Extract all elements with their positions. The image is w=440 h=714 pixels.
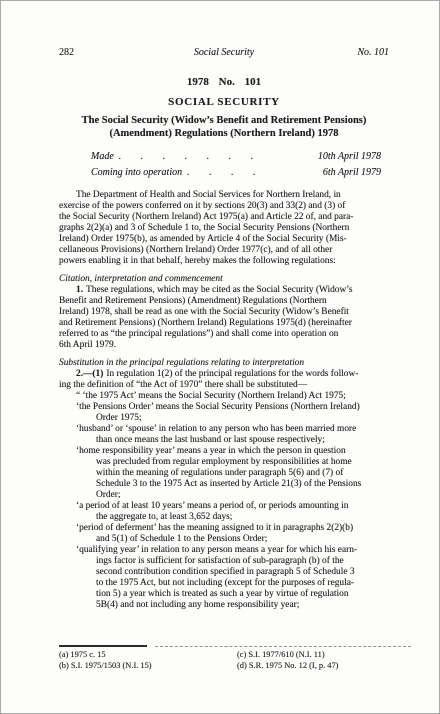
document-page: 282 Social Security No. 101 1978 No. 101…: [0, 0, 440, 714]
section-heading-substitution: Substitution in the principal regulation…: [59, 358, 389, 369]
page-number: 282: [59, 47, 129, 59]
definition-line: ‘a period of at least 10 years’ means a …: [59, 501, 389, 512]
definition-line: ‘home responsibility year’ means a year …: [59, 446, 389, 457]
definition-line: 5B(4) and not including any home respons…: [59, 600, 389, 611]
preamble: The Department of Health and Social Serv…: [59, 190, 389, 267]
definition-line: Order 1975;: [59, 413, 389, 424]
date-value: 10th April 1978: [318, 151, 381, 162]
definition-line: the aggregate to, at least 3,652 days;: [59, 512, 389, 523]
issue-number: No. 101: [319, 47, 389, 59]
definition-line: Order;: [59, 490, 389, 501]
text-line: 6th April 1979.: [59, 340, 389, 351]
definition-line: second contribution condition specified …: [59, 567, 389, 578]
definition-line: “ ‘the 1975 Act’ means the Social Securi…: [59, 391, 389, 402]
footnote-rule-solid: [59, 645, 147, 647]
page-content: 282 Social Security No. 101 1978 No. 101…: [1, 1, 439, 611]
text-line: 2.—(1)In regulation 1(2) of the principa…: [59, 369, 389, 380]
text-line: 1.These regulations, which may be cited …: [59, 285, 389, 296]
section-paragraph-2: 2.—(1)In regulation 1(2) of the principa…: [59, 369, 389, 611]
definition-line: to the 1975 Act, but not including (exce…: [59, 578, 389, 589]
text-line: the Social Security (Northern Ireland) A…: [59, 212, 389, 223]
section-number: 1.: [76, 285, 86, 295]
definitions-list: “ ‘the 1975 Act’ means the Social Securi…: [59, 391, 389, 611]
text-line: Benefit and Retirement Pensions) (Amendm…: [59, 296, 389, 307]
text-line: exercise of the powers conferred on it b…: [59, 201, 389, 212]
document-title-line: The Social Security (Widow’s Benefit and…: [59, 114, 389, 127]
text-line: In regulation 1(2) of the principal regu…: [106, 369, 358, 379]
paragraph-lines: Benefit and Retirement Pensions) (Amendm…: [59, 296, 389, 351]
footnote-columns: (a) 1975 c. 15(b) S.I. 1975/1503 (N.I. 1…: [59, 650, 411, 672]
dates-table: Made . . . . . . . 10th April 1978 Comin…: [91, 151, 381, 183]
text-line: Ireland) Order 1975(b), as amended by Ar…: [59, 234, 389, 245]
section-number: 2.—(1): [76, 369, 106, 379]
paragraph-lines: ing the definition of “the Act of 1970” …: [59, 380, 389, 391]
category-heading: SOCIAL SECURITY: [59, 96, 389, 108]
running-title: Social Security: [129, 47, 319, 59]
dot-leader: . . . .: [182, 167, 323, 178]
date-value: 6th April 1979: [323, 167, 381, 178]
definition-line: Schedule 3 to the 1975 Act as inserted b…: [59, 479, 389, 490]
text-line: and Retirement Pensions) (Northern Irela…: [59, 318, 389, 329]
text-line: (b) S.I. 1975/1503 (N.I. 15): [59, 661, 237, 672]
definition-line: was precluded from regular employment by…: [59, 457, 389, 468]
definition-line: and 5(1) of Schedule 1 to the Pensions O…: [59, 534, 389, 545]
text-line: referred to as “the principal regulation…: [59, 329, 389, 340]
text-line: (c) S.I. 1977/610 (N.I. 11): [237, 650, 411, 661]
definition-line: within the meaning of regulations under …: [59, 468, 389, 479]
date-label: Made: [91, 151, 114, 162]
definition-line: ‘the Pensions Order’ means the Social Se…: [59, 402, 389, 413]
date-row-made: Made . . . . . . . 10th April 1978: [91, 151, 381, 167]
text-line: ing the definition of “the Act of 1970” …: [59, 380, 389, 391]
definition-line: ings factor is sufficient for satisfacti…: [59, 556, 389, 567]
running-header: 282 Social Security No. 101: [59, 47, 389, 59]
date-row-coming-into-operation: Coming into operation . . . . 6th April …: [91, 167, 381, 183]
definition-line: ‘qualifying year’ in relation to any per…: [59, 545, 389, 556]
footnote-rule: [59, 644, 411, 648]
text-line: powers enabling it in that behalf, hereb…: [59, 256, 389, 267]
document-title-line: (Amendment) Regulations (Northern Irelan…: [59, 127, 389, 140]
text-line: (a) 1975 c. 15: [59, 650, 237, 661]
text-line: graphs 2(2)(a) and 3 of Schedule 1 to, t…: [59, 223, 389, 234]
rule-number: 1978 No. 101: [59, 76, 389, 88]
definition-line: ‘husband’ or ‘spouse’ in relation to any…: [59, 424, 389, 435]
text-line: These regulations, which may be cited as…: [86, 285, 352, 295]
text-line: (d) S.R. 1975 No. 12 (I, p. 47): [237, 661, 411, 672]
text-line: The Department of Health and Social Serv…: [59, 190, 389, 201]
section-paragraph-1: 1.These regulations, which may be cited …: [59, 285, 389, 351]
footnote-column-left: (a) 1975 c. 15(b) S.I. 1975/1503 (N.I. 1…: [59, 650, 237, 672]
definition-line: than once means the last husband or last…: [59, 435, 389, 446]
dot-leader: . . . . . . .: [114, 151, 318, 162]
document-title: The Social Security (Widow’s Benefit and…: [59, 114, 389, 140]
definition-line: tion 5) a year which is treated as such …: [59, 589, 389, 600]
footnote-column-right: (c) S.I. 1977/610 (N.I. 11)(d) S.R. 1975…: [237, 650, 411, 672]
footnote-rule-dashed: [155, 646, 411, 647]
definition-line: ‘period of deferment’ has the meaning as…: [59, 523, 389, 534]
footnotes: (a) 1975 c. 15(b) S.I. 1975/1503 (N.I. 1…: [59, 644, 411, 672]
section-heading-citation: Citation, interpretation and commencemen…: [59, 274, 389, 285]
text-line: cellaneous Provisions) (Northern Ireland…: [59, 245, 389, 256]
date-label: Coming into operation: [91, 167, 182, 178]
text-line: Ireland) 1978, shall be read as one with…: [59, 307, 389, 318]
